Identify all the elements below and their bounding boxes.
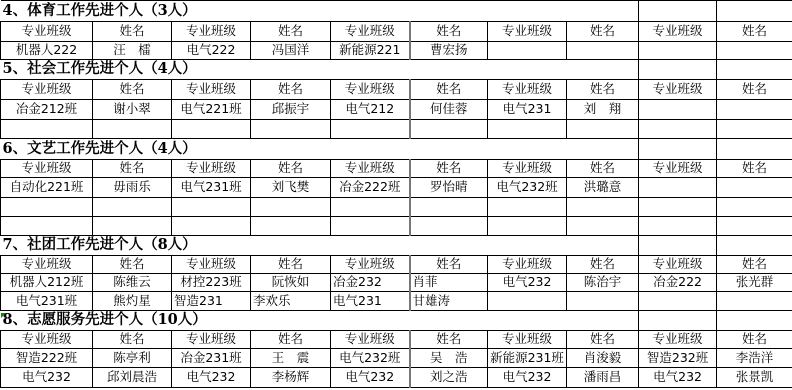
cell-major-class[interactable]: 电气232 (488, 274, 567, 292)
header-major-class[interactable]: 专业班级 (1, 160, 93, 178)
section-title[interactable]: 8、志愿服务先进个人（10人） (1, 311, 639, 331)
cell-name[interactable]: 李欢乐 (251, 292, 331, 311)
cell-major-class[interactable] (639, 178, 717, 198)
header-name[interactable]: 姓名 (251, 331, 331, 349)
header-name[interactable]: 姓名 (93, 256, 172, 274)
cell-major-class[interactable] (639, 198, 717, 217)
cell-name[interactable]: 肖菲 (410, 274, 488, 292)
cell-name[interactable]: 李杨辉 (251, 368, 331, 388)
header-name[interactable]: 姓名 (567, 80, 639, 100)
cell-major-class[interactable] (331, 120, 410, 139)
header-name[interactable]: 姓名 (567, 160, 639, 178)
header-name[interactable]: 姓名 (717, 256, 792, 274)
cell-name[interactable] (251, 217, 331, 236)
header-name[interactable]: 姓名 (410, 160, 488, 178)
cell-name[interactable]: 陈维云 (93, 274, 172, 292)
cell-major-class[interactable]: 机器人212班 (1, 274, 93, 292)
cell-name[interactable]: 毋雨乐 (93, 178, 172, 198)
header-major-class[interactable]: 专业班级 (331, 256, 410, 274)
cell-major-class[interactable] (639, 100, 717, 120)
cell-name[interactable] (717, 42, 792, 60)
cell-comment-marker (1, 313, 6, 318)
cell-name[interactable] (717, 217, 792, 236)
header-major-class[interactable]: 专业班级 (172, 256, 251, 274)
cell-name[interactable] (410, 120, 488, 139)
cell-major-class[interactable]: 电气232 (1, 368, 93, 388)
header-major-class[interactable]: 专业班级 (331, 22, 410, 42)
cell[interactable] (639, 60, 717, 80)
section-title-row: 7、社团工作先进个人（8人） (1, 236, 792, 256)
header-major-class[interactable]: 专业班级 (1, 22, 93, 42)
header-major-class[interactable]: 专业班级 (172, 22, 251, 42)
data-row (1, 217, 792, 236)
cell-major-class[interactable]: 电气231班 (1, 292, 93, 311)
cell-name[interactable]: 吴 浩 (410, 349, 488, 368)
section-title-row: 4、体育工作先进个人（3人） (1, 1, 792, 22)
cell-major-class[interactable]: 智造231 (172, 292, 251, 311)
cell-name[interactable]: 肖浚毅 (567, 349, 639, 368)
cell-name[interactable] (567, 292, 639, 311)
header-major-class[interactable]: 专业班级 (1, 331, 93, 349)
header-name[interactable]: 姓名 (251, 256, 331, 274)
cell-major-class[interactable] (639, 292, 717, 311)
cell-major-class[interactable]: 电气232 (488, 368, 567, 388)
header-row: 专业班级 姓名 专业班级 姓名 专业班级 姓名 专业班级 姓名 专业班级 姓名 (1, 80, 792, 100)
header-major-class[interactable]: 专业班级 (639, 22, 717, 42)
cell[interactable] (639, 1, 717, 22)
cell[interactable] (717, 139, 792, 160)
cell[interactable] (717, 236, 792, 256)
cell-name[interactable] (717, 120, 792, 139)
cell-name[interactable] (717, 292, 792, 311)
cell-name[interactable]: 刘飞樊 (251, 178, 331, 198)
cell-name[interactable] (567, 217, 639, 236)
data-row (1, 198, 792, 217)
cell-name[interactable] (251, 120, 331, 139)
header-major-class[interactable]: 专业班级 (639, 256, 717, 274)
cell-major-class[interactable]: 新能源231班 (488, 349, 567, 368)
cell[interactable] (639, 311, 717, 331)
cell-major-class[interactable]: 电气231班 (172, 178, 251, 198)
data-row: 机器人212班 陈维云 材控223班 阮恢如 冶金232 肖菲 电气232 陈治… (1, 274, 792, 292)
section-title-row: 6、文艺工作先进个人（4人） (1, 139, 792, 160)
cell-major-class[interactable] (331, 198, 410, 217)
header-major-class[interactable]: 专业班级 (488, 256, 567, 274)
cell-major-class[interactable]: 冶金222 (639, 274, 717, 292)
cell-name[interactable]: 陈亭利 (93, 349, 172, 368)
cell-name[interactable] (567, 42, 639, 60)
header-name[interactable]: 姓名 (717, 160, 792, 178)
cell[interactable] (717, 1, 792, 22)
cell-major-class[interactable]: 冶金212班 (1, 100, 93, 120)
cell-major-class[interactable] (488, 292, 567, 311)
cell-major-class[interactable] (172, 217, 251, 236)
header-name[interactable]: 姓名 (251, 160, 331, 178)
header-name[interactable]: 姓名 (410, 256, 488, 274)
cell-major-class[interactable]: 智造232班 (639, 349, 717, 368)
cell-name[interactable]: 汪 檑 (93, 42, 172, 60)
cell-name[interactable] (717, 198, 792, 217)
cell-major-class[interactable]: 新能源221 (331, 42, 410, 60)
cell-major-class[interactable]: 冶金222班 (331, 178, 410, 198)
header-major-class[interactable]: 专业班级 (172, 331, 251, 349)
cell-name[interactable] (93, 198, 172, 217)
cell-name[interactable]: 洪璐意 (567, 178, 639, 198)
cell-major-class[interactable] (1, 198, 93, 217)
cell-name[interactable] (93, 120, 172, 139)
cell-name[interactable]: 冯国洋 (251, 42, 331, 60)
cell-name[interactable]: 潘雨昌 (567, 368, 639, 388)
cell-major-class[interactable] (488, 198, 567, 217)
header-name[interactable]: 姓名 (717, 331, 792, 349)
cell-name[interactable]: 王 震 (251, 349, 331, 368)
cell-name[interactable]: 罗怡晴 (410, 178, 488, 198)
cell-name[interactable]: 陈治宇 (567, 274, 639, 292)
cell-name[interactable]: 邱刘晨浩 (93, 368, 172, 388)
header-major-class[interactable]: 专业班级 (488, 160, 567, 178)
header-major-class[interactable]: 专业班级 (639, 80, 717, 100)
header-major-class[interactable]: 专业班级 (1, 80, 93, 100)
cell-major-class[interactable]: 电气232班 (331, 349, 410, 368)
header-name[interactable]: 姓名 (251, 80, 331, 100)
header-major-class[interactable]: 专业班级 (172, 80, 251, 100)
cell-major-class[interactable]: 电气232 (172, 368, 251, 388)
cell-name[interactable]: 熊灼星 (93, 292, 172, 311)
header-row: 专业班级 姓名 专业班级 姓名 专业班级 姓名 专业班级 姓名 专业班级 姓名 (1, 22, 792, 42)
cell[interactable] (639, 236, 717, 256)
spreadsheet: 4、体育工作先进个人（3人） 专业班级 姓名 专业班级 姓名 专业班级 姓名 专… (0, 0, 792, 388)
data-row: 电气231班 熊灼星 智造231 李欢乐 电气231 甘雄涛 (1, 292, 792, 311)
header-major-class[interactable]: 专业班级 (331, 160, 410, 178)
cell-name[interactable] (717, 100, 792, 120)
cell-major-class[interactable]: 电气222 (172, 42, 251, 60)
cell-name[interactable] (717, 178, 792, 198)
cell-major-class[interactable]: 电气232班 (488, 178, 567, 198)
cell-name[interactable]: 阮恢如 (251, 274, 331, 292)
header-name[interactable]: 姓名 (567, 22, 639, 42)
cell-major-class[interactable]: 电气212 (331, 100, 410, 120)
data-row: 电气232 邱刘晨浩 电气232 李杨辉 电气232 刘之浩 电气232 潘雨昌… (1, 368, 792, 388)
header-row: 专业班级 姓名 专业班级 姓名 专业班级 姓名 专业班级 姓名 专业班级 姓名 (1, 160, 792, 178)
header-major-class[interactable]: 专业班级 (488, 80, 567, 100)
cell-major-class[interactable]: 电气232 (331, 368, 410, 388)
cell-name[interactable]: 李浩洋 (717, 349, 792, 368)
data-row: 机器人222 汪 檑 电气222 冯国洋 新能源221 曹宏扬 (1, 42, 792, 60)
cell-name[interactable] (567, 120, 639, 139)
cell-name[interactable]: 刘 翔 (567, 100, 639, 120)
section-title-row: 8、志愿服务先进个人（10人） (1, 311, 792, 331)
cell-major-class[interactable]: 材控223班 (172, 274, 251, 292)
cell-major-class[interactable] (639, 217, 717, 236)
cell-major-class[interactable]: 机器人222 (1, 42, 93, 60)
header-major-class[interactable]: 专业班级 (172, 160, 251, 178)
cell-major-class[interactable]: 电气231 (488, 100, 567, 120)
header-name[interactable]: 姓名 (410, 22, 488, 42)
cell-name[interactable] (410, 217, 488, 236)
cell-name[interactable]: 谢小翠 (93, 100, 172, 120)
cell-name[interactable]: 刘之浩 (410, 368, 488, 388)
cell-name[interactable]: 邱振宇 (251, 100, 331, 120)
header-name[interactable]: 姓名 (93, 160, 172, 178)
cell-name[interactable]: 张景凯 (717, 368, 792, 388)
header-major-class[interactable]: 专业班级 (331, 331, 410, 349)
header-name[interactable]: 姓名 (93, 80, 172, 100)
cell-major-class[interactable]: 电气221班 (172, 100, 251, 120)
data-row: 智造222班 陈亭利 冶金231班 王 震 电气232班 吴 浩 新能源231班… (1, 349, 792, 368)
section-title[interactable]: 6、文艺工作先进个人（4人） (1, 139, 639, 160)
cell-name[interactable]: 曹宏扬 (410, 42, 488, 60)
header-name[interactable]: 姓名 (410, 80, 488, 100)
header-major-class[interactable]: 专业班级 (639, 160, 717, 178)
cell-name[interactable] (567, 198, 639, 217)
header-name[interactable]: 姓名 (567, 331, 639, 349)
cell-major-class[interactable] (1, 120, 93, 139)
cell[interactable] (717, 60, 792, 80)
cell-major-class[interactable]: 智造222班 (1, 349, 93, 368)
header-name[interactable]: 姓名 (93, 331, 172, 349)
cell-major-class[interactable]: 冶金232 (331, 274, 410, 292)
cell-major-class[interactable] (488, 42, 567, 60)
cell-name[interactable]: 何佳蓉 (410, 100, 488, 120)
cell-major-class[interactable] (331, 217, 410, 236)
cell-name[interactable] (410, 198, 488, 217)
cell-name[interactable] (251, 198, 331, 217)
cell-major-class[interactable]: 电气232 (639, 368, 717, 388)
cell-name[interactable]: 甘雄涛 (410, 292, 488, 311)
header-row: 专业班级 姓名 专业班级 姓名 专业班级 姓名 专业班级 姓名 专业班级 姓名 (1, 331, 792, 349)
header-name[interactable]: 姓名 (567, 256, 639, 274)
cell-major-class[interactable] (172, 198, 251, 217)
cell-major-class[interactable] (488, 217, 567, 236)
header-major-class[interactable]: 专业班级 (1, 256, 93, 274)
cell-major-class[interactable] (488, 120, 567, 139)
data-row (1, 120, 792, 139)
header-name[interactable]: 姓名 (251, 22, 331, 42)
cell-major-class[interactable]: 电气231 (331, 292, 410, 311)
cell-major-class[interactable] (639, 120, 717, 139)
cell-major-class[interactable] (172, 120, 251, 139)
cell-major-class[interactable] (1, 217, 93, 236)
section-title[interactable]: 7、社团工作先进个人（8人） (1, 236, 639, 256)
cell-name[interactable] (93, 217, 172, 236)
data-row: 自动化221班 毋雨乐 电气231班 刘飞樊 冶金222班 罗怡晴 电气232班… (1, 178, 792, 198)
header-name[interactable]: 姓名 (717, 22, 792, 42)
cell-name[interactable]: 张光群 (717, 274, 792, 292)
header-row: 专业班级 姓名 专业班级 姓名 专业班级 姓名 专业班级 姓名 专业班级 姓名 (1, 256, 792, 274)
header-major-class[interactable]: 专业班级 (488, 22, 567, 42)
header-name[interactable]: 姓名 (717, 80, 792, 100)
cell-major-class[interactable] (639, 42, 717, 60)
section-title[interactable]: 5、社会工作先进个人（4人） (1, 60, 639, 80)
cell-major-class[interactable]: 冶金231班 (172, 349, 251, 368)
header-major-class[interactable]: 专业班级 (639, 331, 717, 349)
header-name[interactable]: 姓名 (93, 22, 172, 42)
cell[interactable] (717, 311, 792, 331)
section-title[interactable]: 4、体育工作先进个人（3人） (1, 1, 639, 22)
awards-table: 4、体育工作先进个人（3人） 专业班级 姓名 专业班级 姓名 专业班级 姓名 专… (0, 0, 792, 388)
header-major-class[interactable]: 专业班级 (488, 331, 567, 349)
section-title-row: 5、社会工作先进个人（4人） (1, 60, 792, 80)
cell[interactable] (639, 139, 717, 160)
header-name[interactable]: 姓名 (410, 331, 488, 349)
data-row: 冶金212班 谢小翠 电气221班 邱振宇 电气212 何佳蓉 电气231 刘 … (1, 100, 792, 120)
cell-major-class[interactable]: 自动化221班 (1, 178, 93, 198)
header-major-class[interactable]: 专业班级 (331, 80, 410, 100)
